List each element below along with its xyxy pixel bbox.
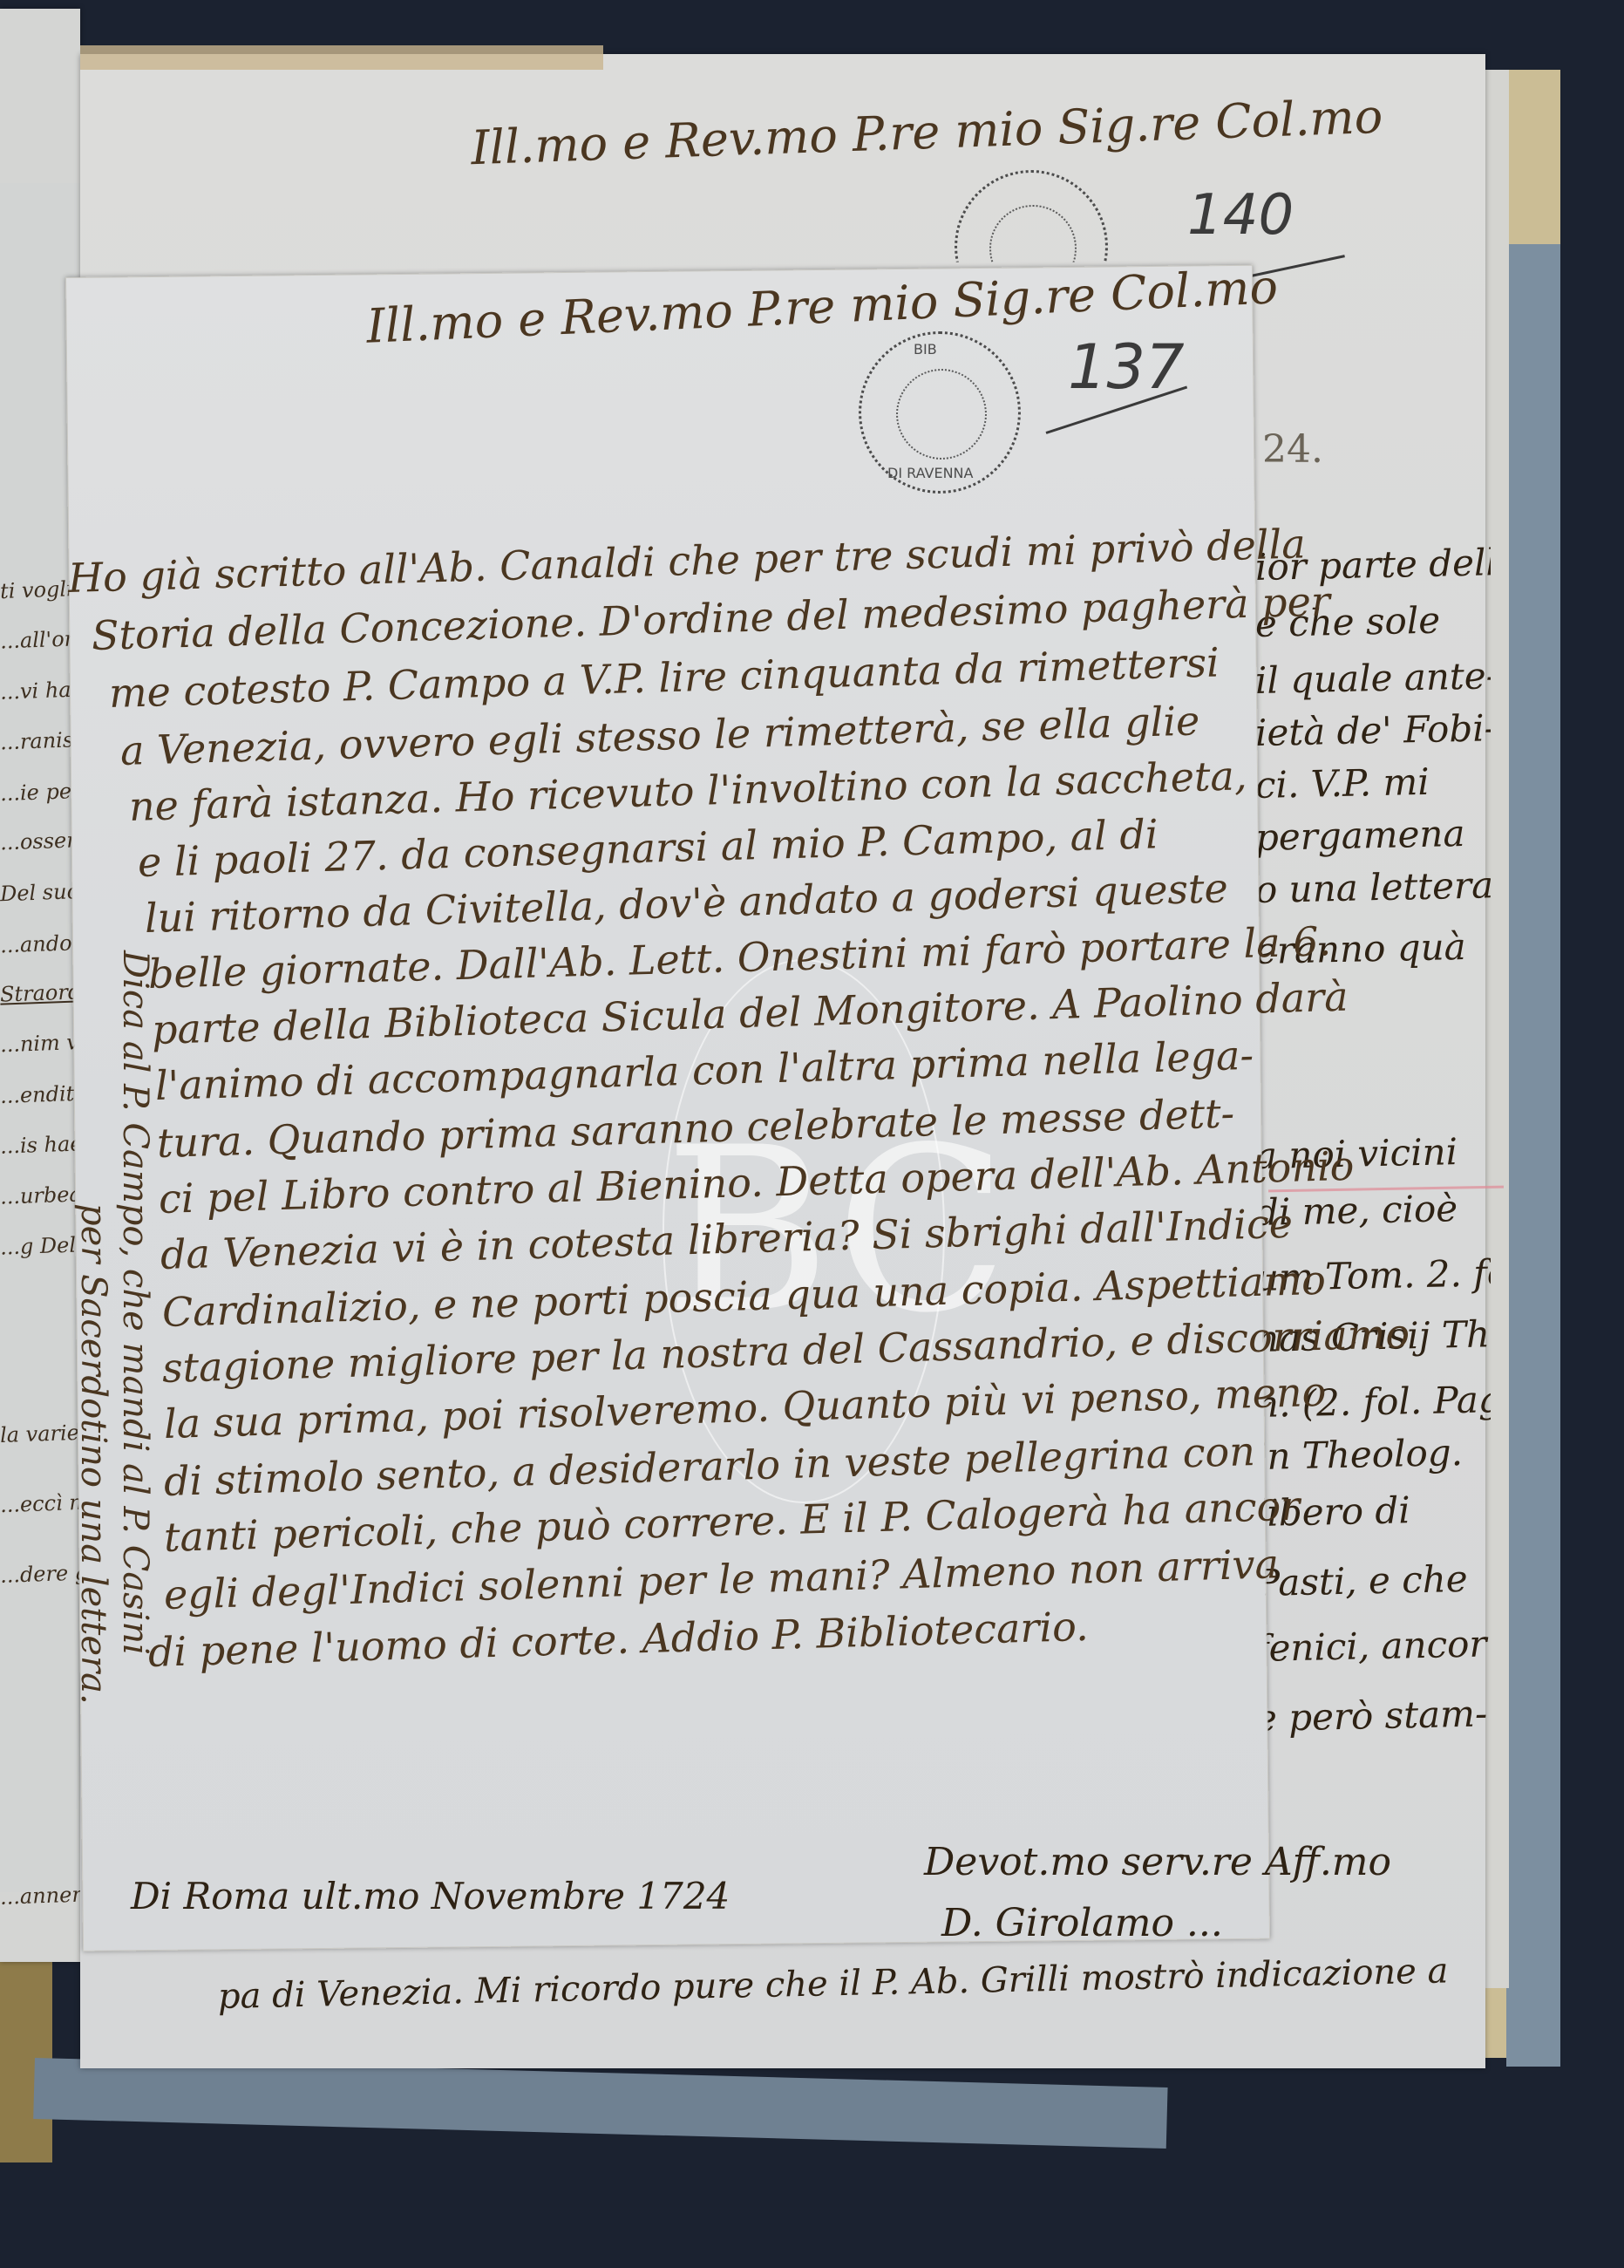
stamp-text-top: BIB [914,341,937,358]
back-page-top-edge [80,45,603,70]
letter-line: di pene l'uomo di corte. Addio P. Biblio… [147,1606,1089,1672]
back-line: ci. V.P. mi [1255,764,1430,804]
closing-place-date: Di Roma ult.mo Novembre 1724 [131,1875,730,1917]
back-line: e però stam- [1255,1695,1488,1737]
left-fragment: ...annen. [0,1882,83,1910]
letter-body: Ho già scritto all'Ab. Canaldi che per t… [52,558,1255,1822]
margin-note-line-1: Dica al P. Campo, che mandi al P. Casini [115,950,155,1655]
back-line: in Theolog. [1255,1434,1463,1475]
stamp-text-bottom: DI RAVENNA [887,465,973,481]
margin-note-line-2: per Sacerdotino una lettera. [73,1203,113,1705]
signature-line-2: D. Girolamo ... [941,1901,1223,1945]
back-line: o una lettera [1255,867,1491,909]
back-page-date-fragment: 24. [1262,427,1323,472]
back-page-folio-number: 140 [1187,183,1294,248]
back-line: pergamena [1255,815,1465,856]
back-line: il quale ante- [1255,657,1491,699]
signature-line-1: Devot.mo serv.re Aff.mo [924,1840,1391,1884]
library-stamp: BIB DI RAVENNA [859,331,1021,494]
back-line: fenici, ancor [1255,1625,1487,1667]
back-line: ietà de' Fobi- [1255,710,1491,752]
binding-blue-strip [1506,244,1560,2067]
back-line: Pasti, e che [1255,1561,1468,1602]
binding-blue-bottom [33,2058,1167,2149]
